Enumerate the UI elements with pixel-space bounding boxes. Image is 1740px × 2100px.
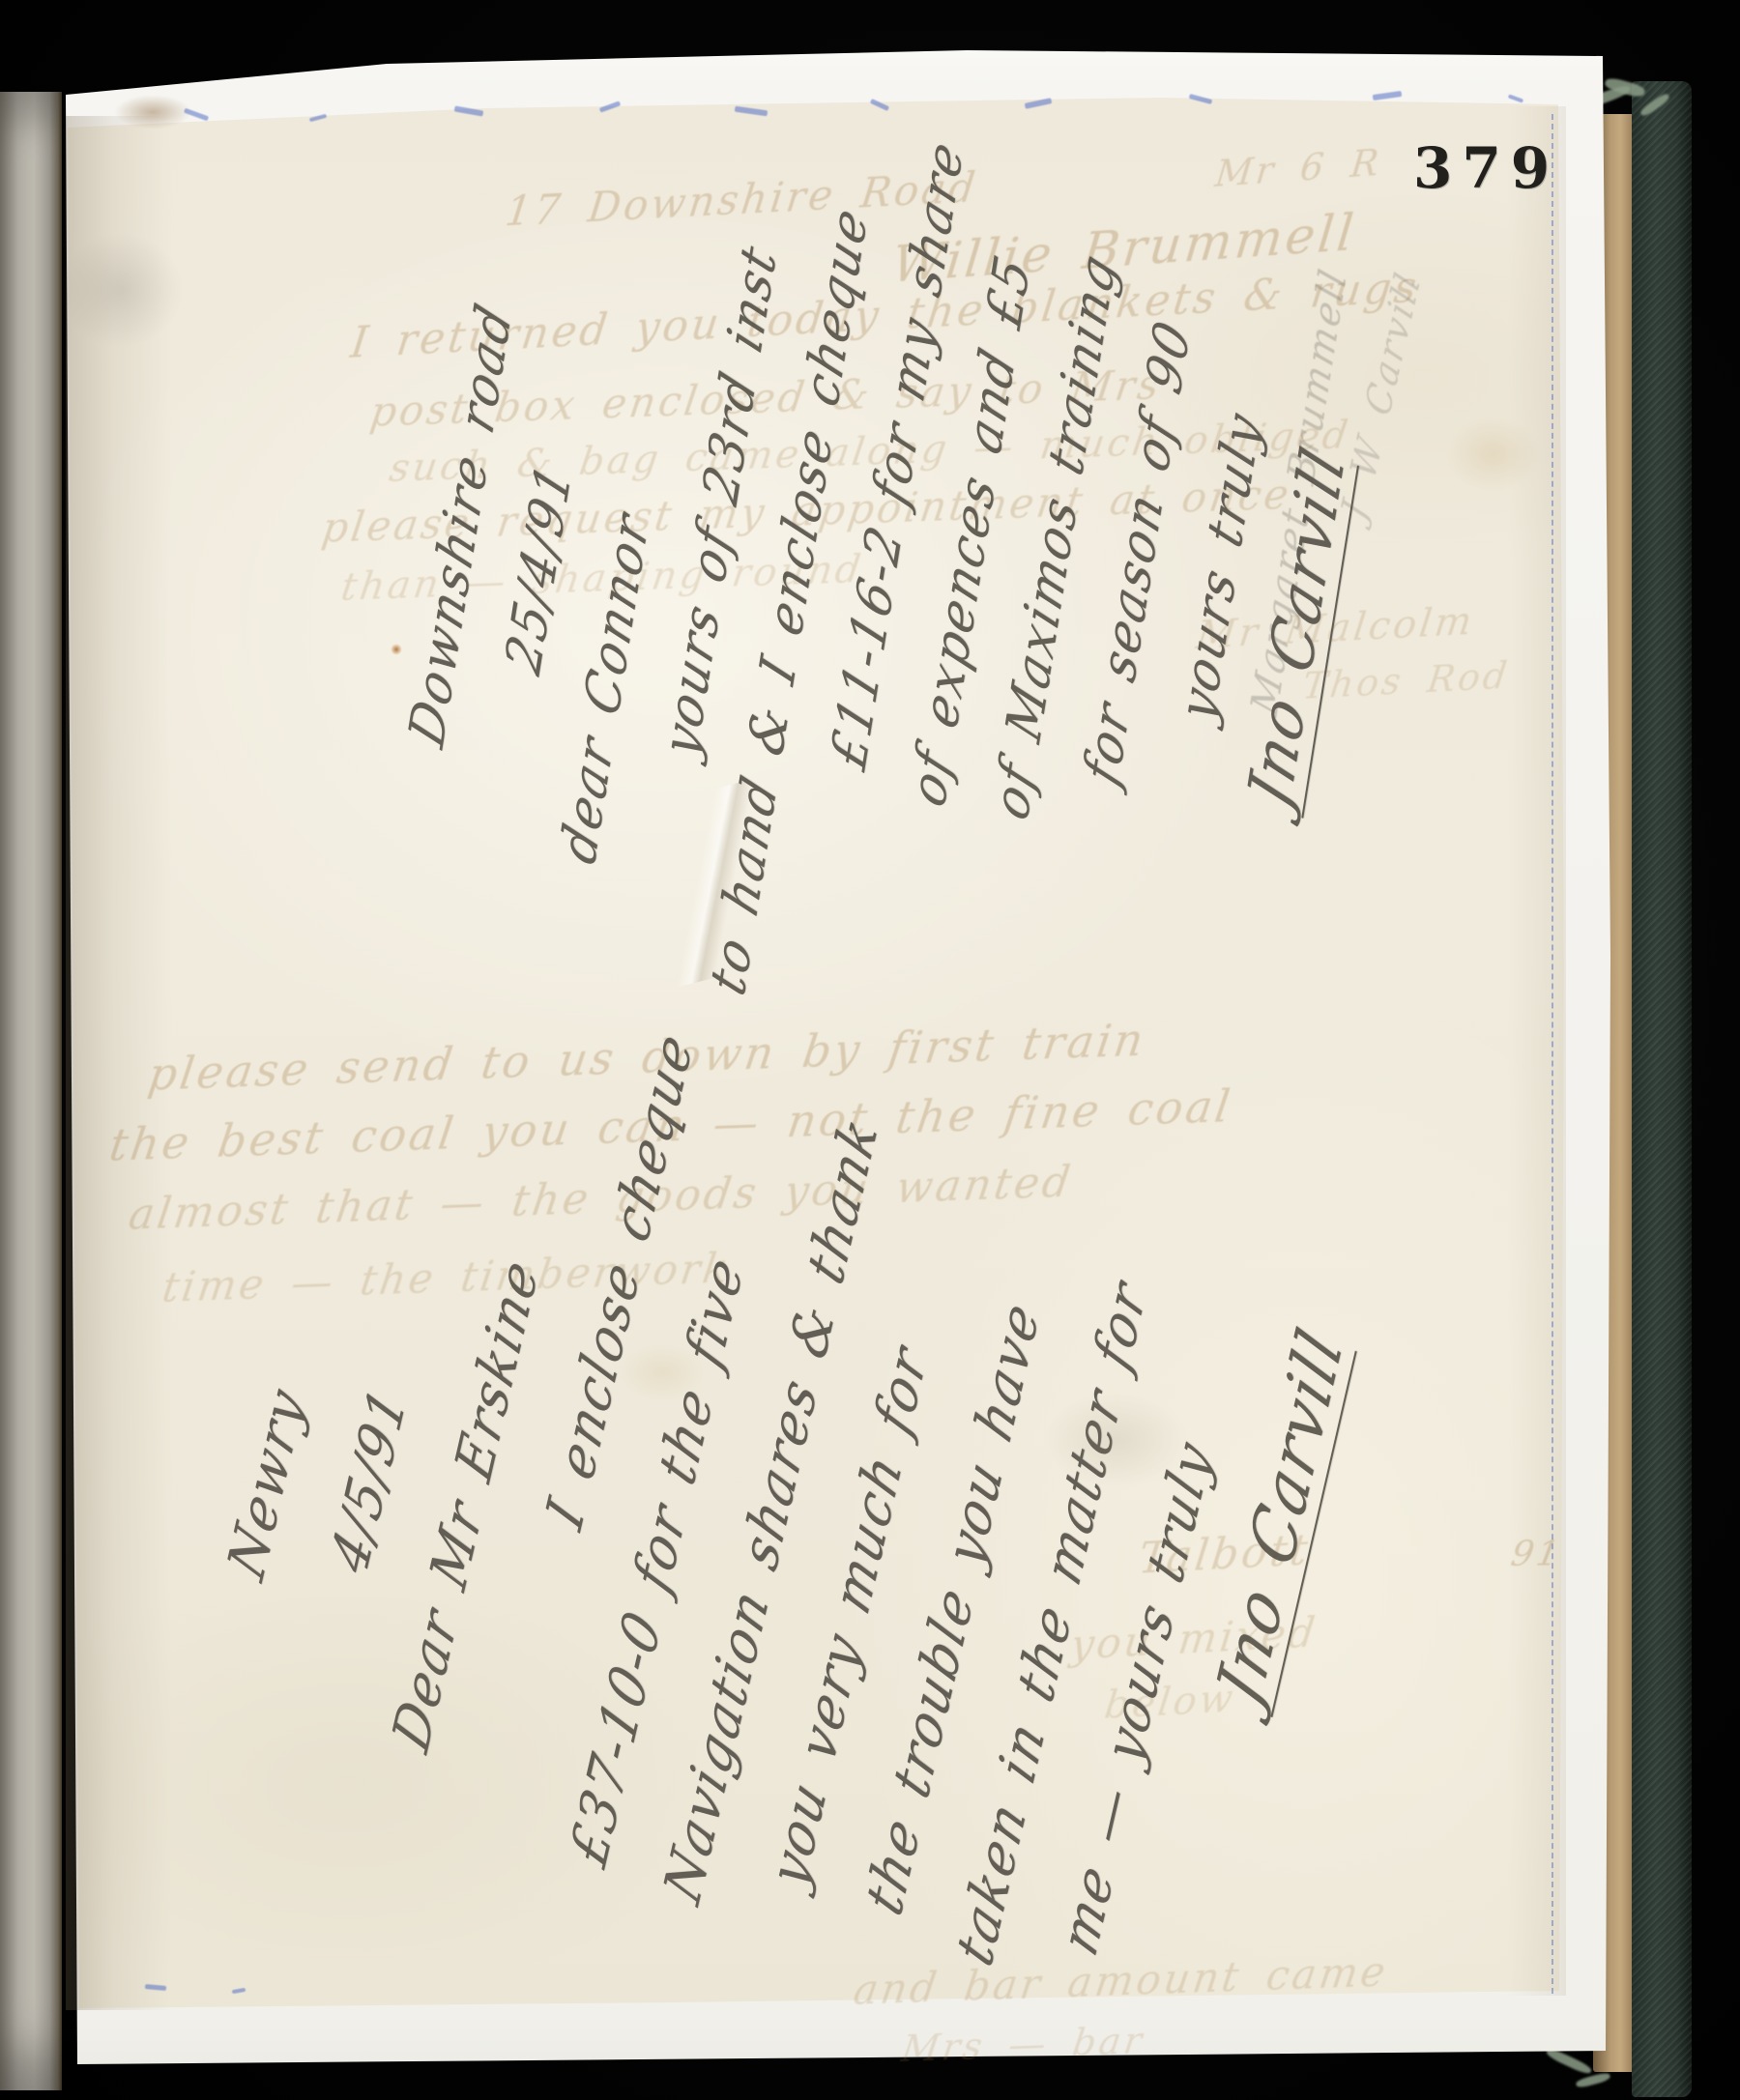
paper-stain xyxy=(391,644,402,655)
blue-margin-rule xyxy=(1551,114,1553,1994)
bleedthrough-line: 91 xyxy=(1508,1535,1565,1574)
paper-stain xyxy=(1044,1392,1189,1488)
book-cover-cloth xyxy=(1632,81,1692,2097)
paper-stain xyxy=(58,232,184,348)
previous-page-edge xyxy=(0,92,62,2090)
paper-stain xyxy=(619,1343,706,1401)
bleedthrough-line: Mrs — bar xyxy=(899,2019,1147,2070)
page-number: 379 xyxy=(1413,135,1559,201)
page-edge-shadow xyxy=(1508,106,1566,1996)
paper-stain xyxy=(114,95,191,129)
letter-book-scan: 17 Downshire RoadMr 6 RWillie BrummellI … xyxy=(0,0,1740,2100)
fray-thread xyxy=(1575,2071,1610,2088)
paper-stain xyxy=(1445,416,1542,493)
